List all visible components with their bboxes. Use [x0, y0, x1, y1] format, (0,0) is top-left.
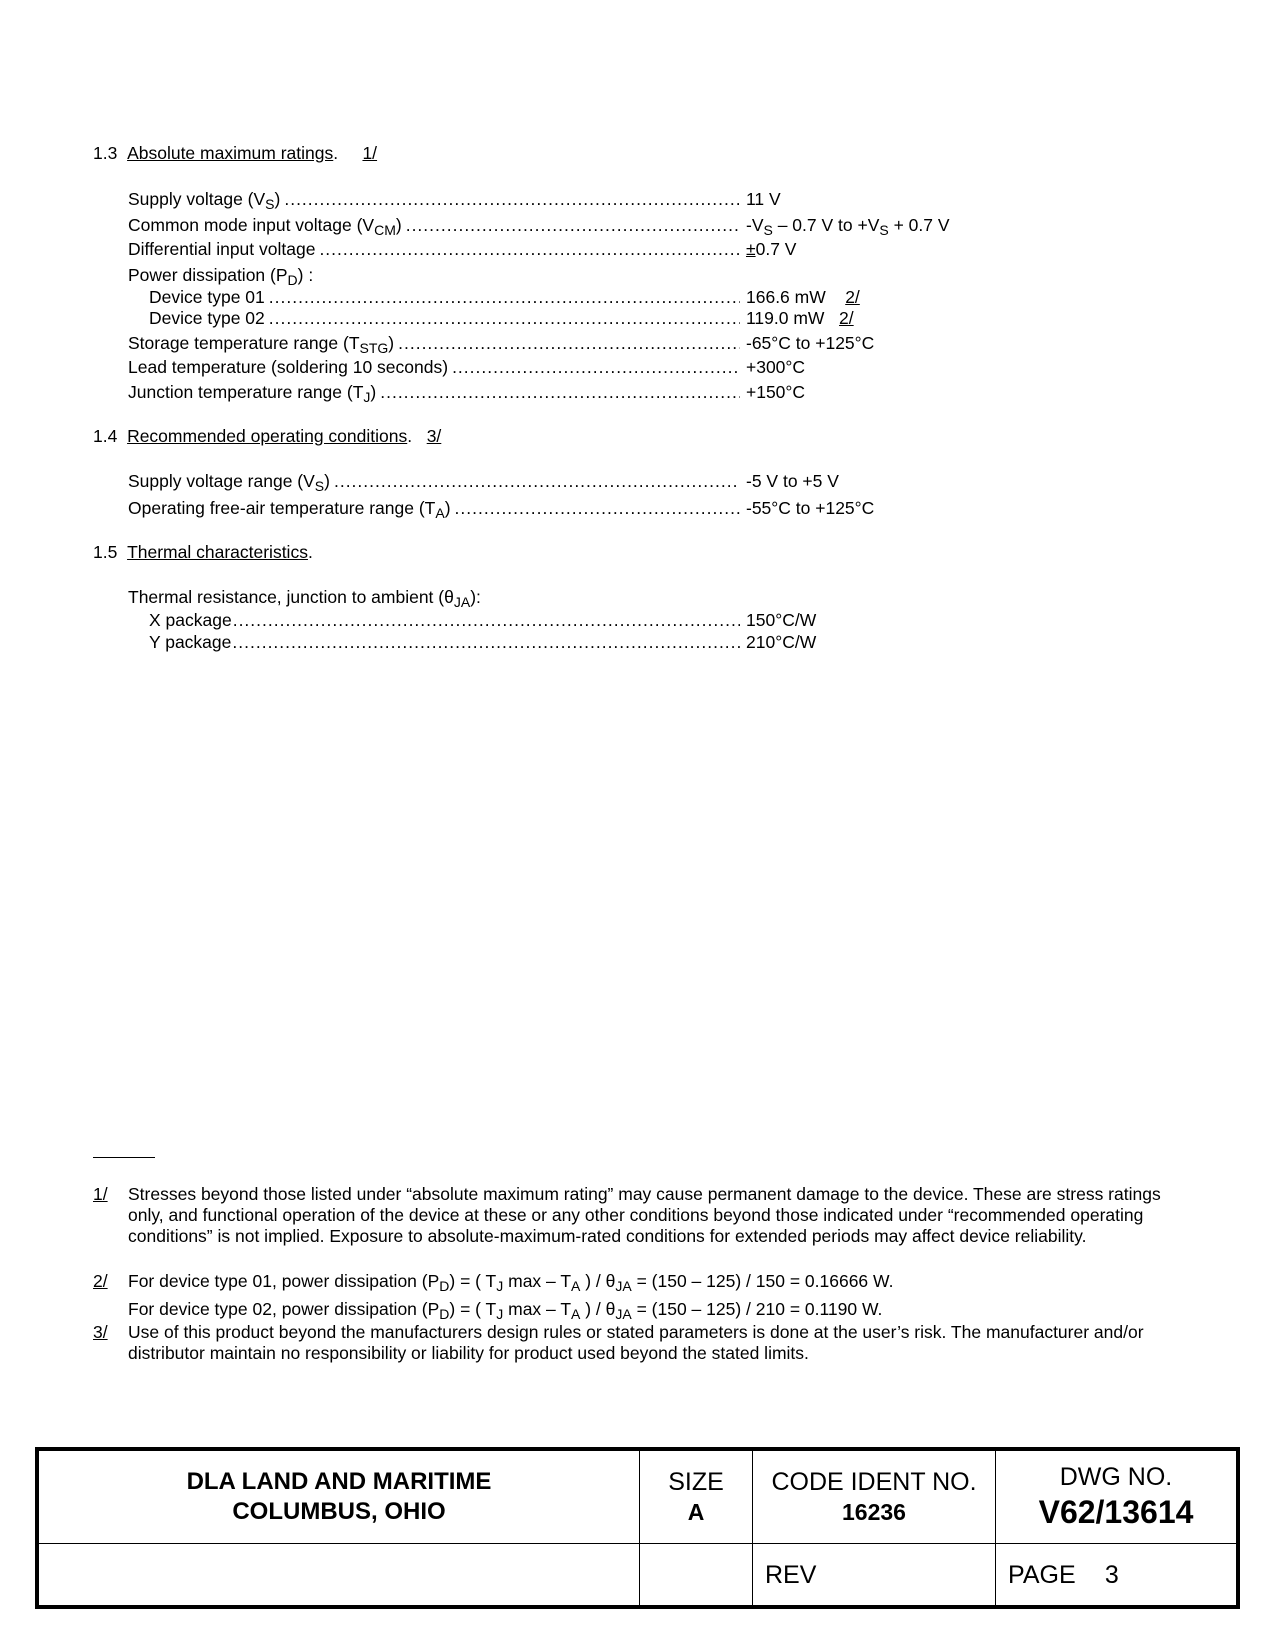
footnote-text: For device type 01, power dissipation (P… — [128, 1271, 1193, 1292]
footnote-text: For device type 02, power dissipation (P… — [128, 1299, 1193, 1320]
row-label: Common mode input voltage (VCM) — [128, 215, 406, 236]
row-value: 150°C/W — [740, 610, 1046, 631]
row-label: Differential input voltage — [128, 239, 319, 260]
footnote-text: Use of this product beyond the manufactu… — [128, 1322, 1193, 1364]
power-dissipation-row: Power dissipation (PD) : — [128, 265, 1046, 287]
footnote-number: 1/ — [93, 1184, 128, 1247]
size-label: SIZE — [640, 1467, 752, 1497]
row-label: Y package — [149, 632, 232, 653]
row-value: -5 V to +5 V — [740, 471, 1046, 492]
dwg-no-cell: DWG NO. V62/13614 — [996, 1449, 1239, 1544]
section-1-5-heading: 1.5 Thermal characteristics. — [93, 542, 313, 563]
row-value: -55°C to +125°C — [740, 498, 1046, 519]
footnote-number: 3/ — [93, 1322, 128, 1364]
dot-leader — [284, 189, 740, 210]
section-number: 1.5 — [93, 542, 117, 562]
dot-leader — [398, 333, 740, 354]
row-label: Device type 02 — [149, 308, 269, 329]
y-package-row: Y package 210°C/W — [149, 632, 1046, 654]
common-mode-row: Common mode input voltage (VCM) -VS – 0.… — [128, 215, 1046, 237]
page-number: 3 — [1105, 1561, 1119, 1589]
dot-leader — [269, 308, 740, 329]
dot-leader — [319, 239, 740, 260]
section-title: Thermal characteristics — [127, 542, 308, 562]
code-ident-label: CODE IDENT NO. — [753, 1467, 995, 1497]
supply-voltage-row: Supply voltage (VS) 11 V — [128, 189, 1046, 211]
row-label: Supply voltage range (VS) — [128, 471, 334, 492]
rev-label: REV — [765, 1561, 816, 1589]
row-value: 11 V — [740, 189, 1046, 210]
section-number: 1.3 — [93, 143, 117, 163]
empty-cell — [37, 1544, 640, 1608]
supply-voltage-range-row: Supply voltage range (VS) -5 V to +5 V — [128, 471, 1046, 493]
organization-location: COLUMBUS, OHIO — [39, 1497, 639, 1527]
footnote-ref: 3/ — [427, 426, 442, 446]
row-value: -VS – 0.7 V to +VS + 0.7 V — [740, 215, 1046, 236]
row-label: X package — [149, 610, 233, 631]
footnote-number: 2/ — [93, 1271, 128, 1292]
row-value: +300°C — [740, 357, 1046, 378]
section-title: Recommended operating conditions — [127, 426, 407, 446]
row-label: Supply voltage (VS) — [128, 189, 284, 210]
footnote-text: Stresses beyond those listed under “abso… — [128, 1184, 1193, 1247]
section-1-4-heading: 1.4 Recommended operating conditions. 3/ — [93, 426, 441, 447]
dwg-no-value: V62/13614 — [996, 1492, 1236, 1532]
row-value: 119.0 mW 2/ — [740, 308, 1046, 329]
code-ident-cell: CODE IDENT NO. 16236 — [753, 1449, 996, 1544]
section-number: 1.4 — [93, 426, 117, 446]
row-label: Junction temperature range (TJ) — [128, 382, 380, 403]
footnote-3: 3/ Use of this product beyond the manufa… — [93, 1322, 1193, 1364]
row-value: +150°C — [740, 382, 1046, 403]
section-title: Absolute maximum ratings — [127, 143, 333, 163]
junction-temp-row: Junction temperature range (TJ) +150°C — [128, 382, 1046, 404]
row-value: 166.6 mW 2/ — [740, 287, 1046, 308]
dot-leader — [455, 498, 740, 519]
x-package-row: X package 150°C/W — [149, 610, 1046, 632]
row-label: Device type 01 — [149, 287, 269, 308]
row-label: Storage temperature range (TSTG) — [128, 333, 398, 354]
dot-leader — [232, 632, 740, 653]
page-cell: PAGE 3 — [996, 1544, 1239, 1608]
footnote-1: 1/ Stresses beyond those listed under “a… — [93, 1184, 1193, 1247]
lead-temp-row: Lead temperature (soldering 10 seconds) … — [128, 357, 1046, 379]
page-label: PAGE — [1008, 1561, 1076, 1589]
footnote-ref: 1/ — [362, 143, 377, 163]
device-type-01-row: Device type 01 166.6 mW 2/ — [149, 287, 1046, 309]
title-block: DLA LAND AND MARITIME COLUMBUS, OHIO SIZ… — [35, 1447, 1240, 1609]
rev-cell: REV — [753, 1544, 996, 1608]
row-value: 210°C/W — [740, 632, 1046, 653]
code-ident-value: 16236 — [753, 1497, 995, 1527]
organization-name: DLA LAND AND MARITIME — [39, 1467, 639, 1497]
size-cell: SIZE A — [640, 1449, 753, 1544]
empty-cell — [640, 1544, 753, 1608]
dot-leader — [380, 382, 740, 403]
storage-temp-row: Storage temperature range (TSTG) -65°C t… — [128, 333, 1046, 355]
device-type-02-row: Device type 02 119.0 mW 2/ — [149, 308, 1046, 330]
size-value: A — [640, 1497, 752, 1527]
thermal-resistance-intro: Thermal resistance, junction to ambient … — [128, 587, 1046, 609]
footnote-2: 2/ For device type 01, power dissipation… — [93, 1271, 1193, 1292]
row-value: ±0.7 V — [740, 239, 1046, 260]
differential-row: Differential input voltage ±0.7 V — [128, 239, 1046, 261]
row-label: Power dissipation (PD) : — [128, 265, 317, 286]
organization-cell: DLA LAND AND MARITIME COLUMBUS, OHIO — [37, 1449, 640, 1544]
row-label: Lead temperature (soldering 10 seconds) — [128, 357, 452, 378]
section-1-3-heading: 1.3 Absolute maximum ratings. 1/ — [93, 143, 377, 164]
dot-leader — [334, 471, 740, 492]
footnote-divider — [93, 1157, 155, 1158]
row-label: Operating free-air temperature range (TA… — [128, 498, 455, 519]
footnote-2-line-2: For device type 02, power dissipation (P… — [93, 1299, 1193, 1320]
dot-leader — [233, 610, 740, 631]
dot-leader — [406, 215, 740, 236]
row-value: -65°C to +125°C — [740, 333, 1046, 354]
operating-temp-row: Operating free-air temperature range (TA… — [128, 498, 1046, 520]
dwg-no-label: DWG NO. — [996, 1462, 1236, 1492]
dot-leader — [269, 287, 740, 308]
dot-leader — [452, 357, 740, 378]
